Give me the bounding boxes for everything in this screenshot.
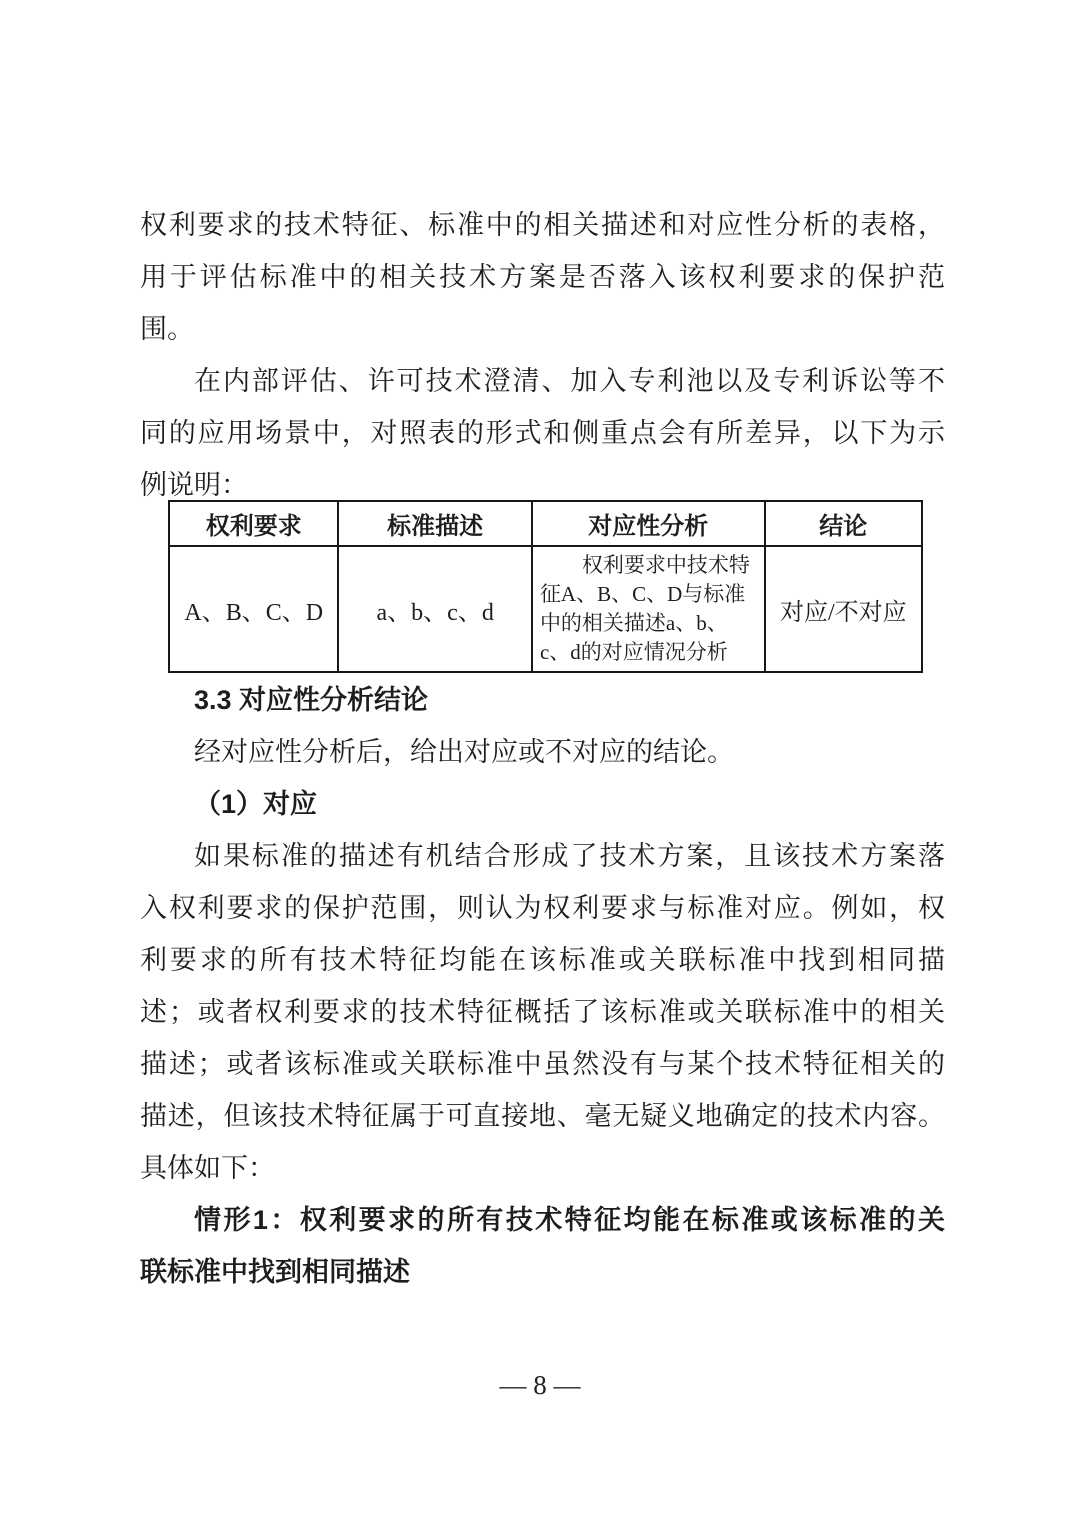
table-header-analysis: 对应性分析 — [532, 501, 765, 546]
cell-claim: A、B、C、D — [169, 546, 338, 672]
comparison-table: 权利要求 标准描述 对应性分析 结论 A、B、C、D a、b、c、d 权利要求中… — [168, 500, 923, 673]
body-line-1: 如果标准的描述有机结合形成了技术方案，且该技术方案落 — [140, 830, 945, 882]
body-line-2: 入权利要求的保护范围，则认为权利要求与标准对应。例如，权 — [140, 882, 945, 934]
table-header-standard: 标准描述 — [338, 501, 532, 546]
body-line-4: 述；或者权利要求的技术特征概括了该标准或关联标准中的相关 — [140, 986, 945, 1038]
p1-line-1: 权利要求的技术特征、标准中的相关描述和对应性分析的表格， — [140, 199, 945, 251]
table-row: A、B、C、D a、b、c、d 权利要求中技术特征A、B、C、D与标准中的相关描… — [169, 546, 922, 672]
case-heading-line-2: 联标准中找到相同描述 — [140, 1246, 945, 1298]
body-line-6: 描述，但该技术特征属于可直接地、毫无疑义地确定的技术内容。 — [140, 1090, 945, 1142]
body-line-7: 具体如下： — [140, 1142, 945, 1194]
p1-line-3: 围。 — [140, 303, 945, 355]
table-header-conclusion: 结论 — [765, 501, 922, 546]
p2-line-1: 在内部评估、许可技术澄清、加入专利池以及专利诉讼等不 — [140, 355, 945, 407]
table-header-claim: 权利要求 — [169, 501, 338, 546]
cell-conclusion: 对应/不对应 — [765, 546, 922, 672]
case-heading-line-1: 情形1：权利要求的所有技术特征均能在标准或该标准的关 — [140, 1194, 945, 1246]
p2-line-2: 同的应用场景中，对照表的形式和侧重点会有所差异，以下为示 — [140, 407, 945, 459]
section-intro: 经对应性分析后，给出对应或不对应的结论。 — [140, 726, 945, 778]
body-line-3: 利要求的所有技术特征均能在该标准或关联标准中找到相同描 — [140, 934, 945, 986]
p1-line-2: 用于评估标准中的相关技术方案是否落入该权利要求的保护范 — [140, 251, 945, 303]
section-heading: 3.3 对应性分析结论 — [140, 674, 945, 726]
document-page: 权利要求的技术特征、标准中的相关描述和对应性分析的表格， 用于评估标准中的相关技… — [0, 0, 1080, 1527]
body-line-5: 描述；或者该标准或关联标准中虽然没有与某个技术特征相关的 — [140, 1038, 945, 1090]
section-3-3: 3.3 对应性分析结论 经对应性分析后，给出对应或不对应的结论。 （1）对应 如… — [140, 674, 945, 1298]
intro-paragraphs: 权利要求的技术特征、标准中的相关描述和对应性分析的表格， 用于评估标准中的相关技… — [140, 199, 945, 511]
table-header-row: 权利要求 标准描述 对应性分析 结论 — [169, 501, 922, 546]
cell-standard: a、b、c、d — [338, 546, 532, 672]
cell-analysis: 权利要求中技术特征A、B、C、D与标准中的相关描述a、b、c、d的对应情况分析 — [532, 546, 765, 672]
item-heading: （1）对应 — [140, 778, 945, 830]
page-number: — 8 — — [0, 1359, 1080, 1411]
